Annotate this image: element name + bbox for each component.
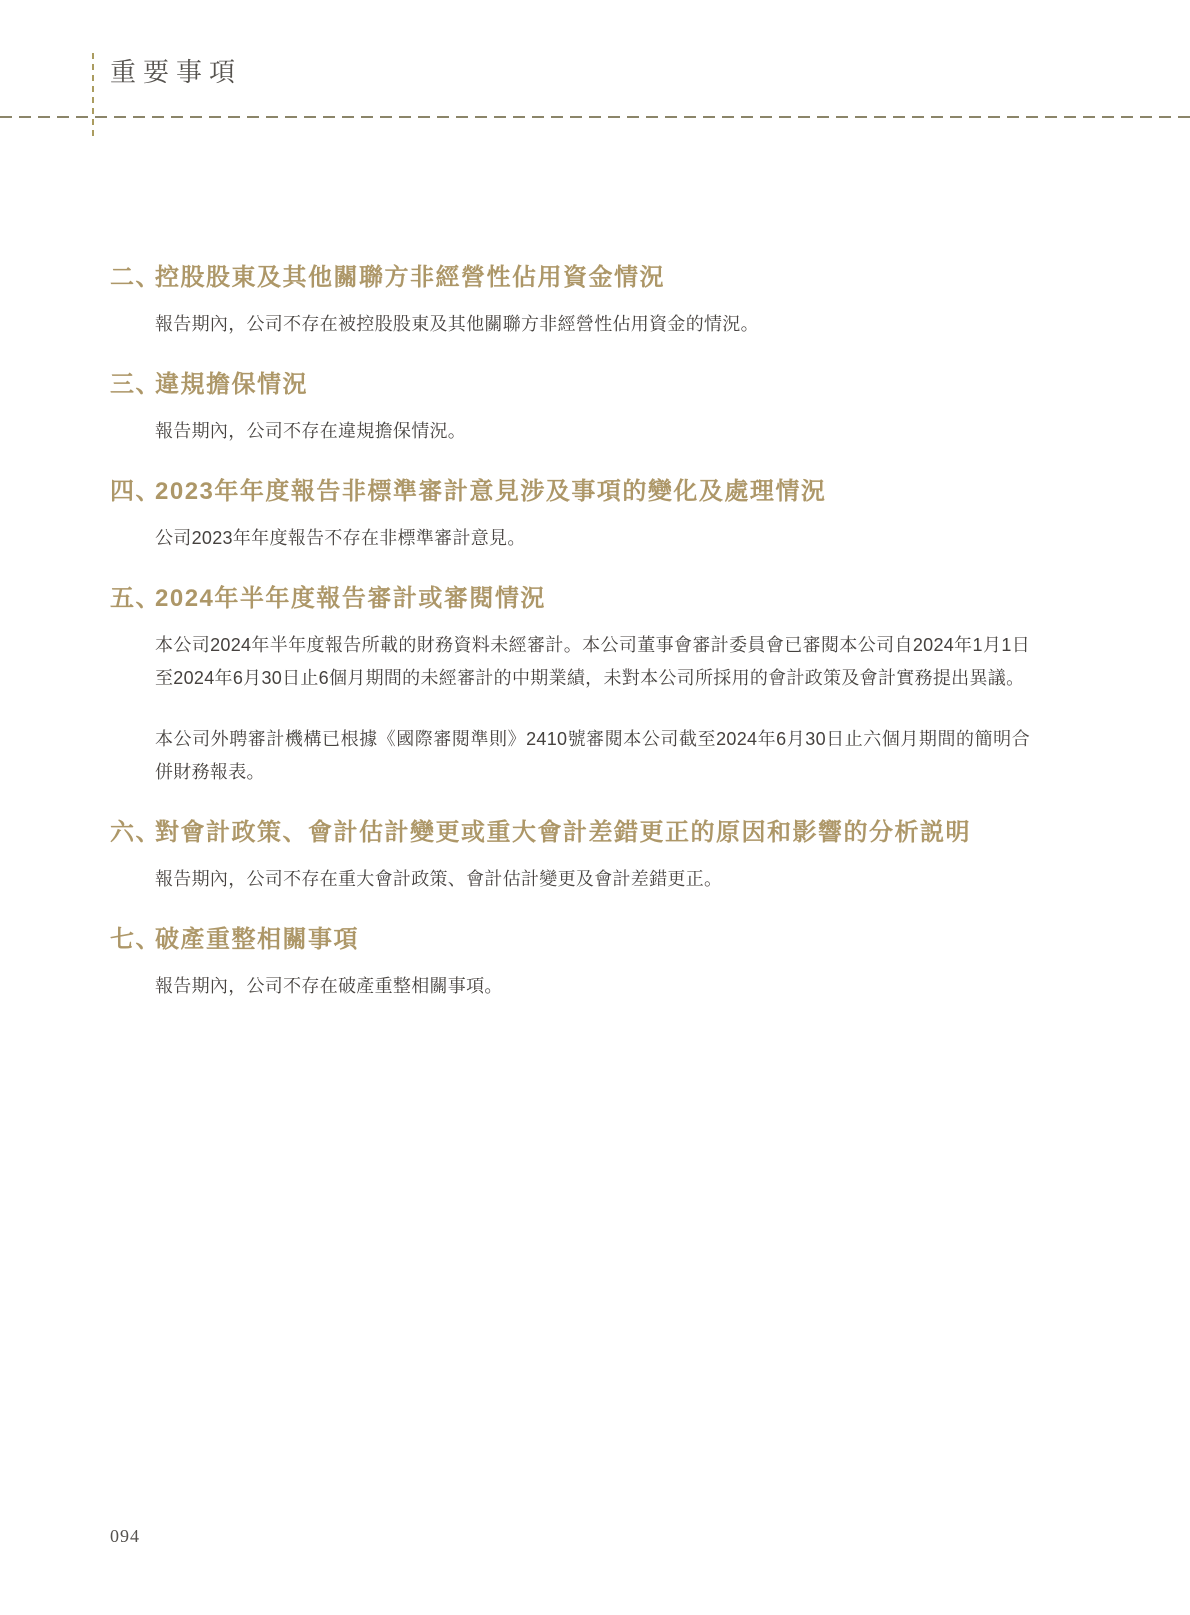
section-body: 報告期內，公司不存在違規擔保情況。 (110, 415, 1105, 448)
header-vertical-dashed-line (92, 53, 94, 139)
section-body: 報告期內，公司不存在被控股股東及其他關聯方非經營性佔用資金的情況。 (110, 308, 1105, 341)
section-paragraph: 公司2023年年度報告不存在非標準審計意見。 (110, 522, 1030, 555)
section-paragraph: 報告期內，公司不存在違規擔保情況。 (110, 415, 1030, 448)
section-paragraph: 本公司2024年半年度報告所載的財務資料未經審計。本公司董事會審計委員會已審閱本… (110, 629, 1030, 695)
section-paragraph: 本公司外聘審計機構已根據《國際審閱準則》2410號審閱本公司截至2024年6月3… (110, 723, 1030, 789)
section-heading: 三、 違規擔保情況 (110, 369, 1105, 401)
section-heading: 四、 2023年年度報告非標準審計意見涉及事項的變化及處理情況 (110, 476, 1105, 508)
report-section: 七、 破產重整相關事項 報告期內，公司不存在破產重整相關事項。 (110, 924, 1105, 1003)
header-horizontal-dashed-line (0, 116, 1190, 118)
report-page: 重要事項 二、 控股股東及其他關聯方非經營性佔用資金情況 報告期內，公司不存在被… (0, 0, 1190, 1615)
section-number: 五、 (110, 583, 155, 615)
section-number: 四、 (110, 476, 155, 508)
section-title: 破產重整相關事項 (155, 924, 1105, 956)
report-section: 二、 控股股東及其他關聯方非經營性佔用資金情況 報告期內，公司不存在被控股股東及… (110, 262, 1105, 341)
page-header-title: 重要事項 (110, 52, 242, 89)
section-paragraph: 報告期內，公司不存在破產重整相關事項。 (110, 970, 1030, 1003)
section-heading: 五、 2024年半年度報告審計或審閱情況 (110, 583, 1105, 615)
report-section: 三、 違規擔保情況 報告期內，公司不存在違規擔保情況。 (110, 369, 1105, 448)
section-body: 本公司2024年半年度報告所載的財務資料未經審計。本公司董事會審計委員會已審閱本… (110, 629, 1105, 789)
section-heading: 六、 對會計政策、會計估計變更或重大會計差錯更正的原因和影響的分析説明 (110, 817, 1105, 849)
report-section: 五、 2024年半年度報告審計或審閱情況 本公司2024年半年度報告所載的財務資… (110, 583, 1105, 789)
section-title: 2023年年度報告非標準審計意見涉及事項的變化及處理情況 (155, 476, 1105, 508)
section-number: 七、 (110, 924, 155, 956)
report-section: 六、 對會計政策、會計估計變更或重大會計差錯更正的原因和影響的分析説明 報告期內… (110, 817, 1105, 896)
section-body: 報告期內，公司不存在重大會計政策、會計估計變更及會計差錯更正。 (110, 863, 1105, 896)
section-number: 六、 (110, 817, 155, 849)
section-title: 2024年半年度報告審計或審閱情況 (155, 583, 1105, 615)
section-heading: 二、 控股股東及其他關聯方非經營性佔用資金情況 (110, 262, 1105, 294)
page-number: 094 (110, 1526, 140, 1547)
section-title: 對會計政策、會計估計變更或重大會計差錯更正的原因和影響的分析説明 (155, 817, 1105, 849)
sections-container: 二、 控股股東及其他關聯方非經營性佔用資金情況 報告期內，公司不存在被控股股東及… (110, 262, 1105, 1031)
section-paragraph: 報告期內，公司不存在重大會計政策、會計估計變更及會計差錯更正。 (110, 863, 1030, 896)
section-title: 控股股東及其他關聯方非經營性佔用資金情況 (155, 262, 1105, 294)
section-number: 三、 (110, 369, 155, 401)
section-paragraph: 報告期內，公司不存在被控股股東及其他關聯方非經營性佔用資金的情況。 (110, 308, 1030, 341)
section-number: 二、 (110, 262, 155, 294)
section-body: 公司2023年年度報告不存在非標準審計意見。 (110, 522, 1105, 555)
section-body: 報告期內，公司不存在破產重整相關事項。 (110, 970, 1105, 1003)
section-title: 違規擔保情況 (155, 369, 1105, 401)
section-heading: 七、 破產重整相關事項 (110, 924, 1105, 956)
report-section: 四、 2023年年度報告非標準審計意見涉及事項的變化及處理情況 公司2023年年… (110, 476, 1105, 555)
